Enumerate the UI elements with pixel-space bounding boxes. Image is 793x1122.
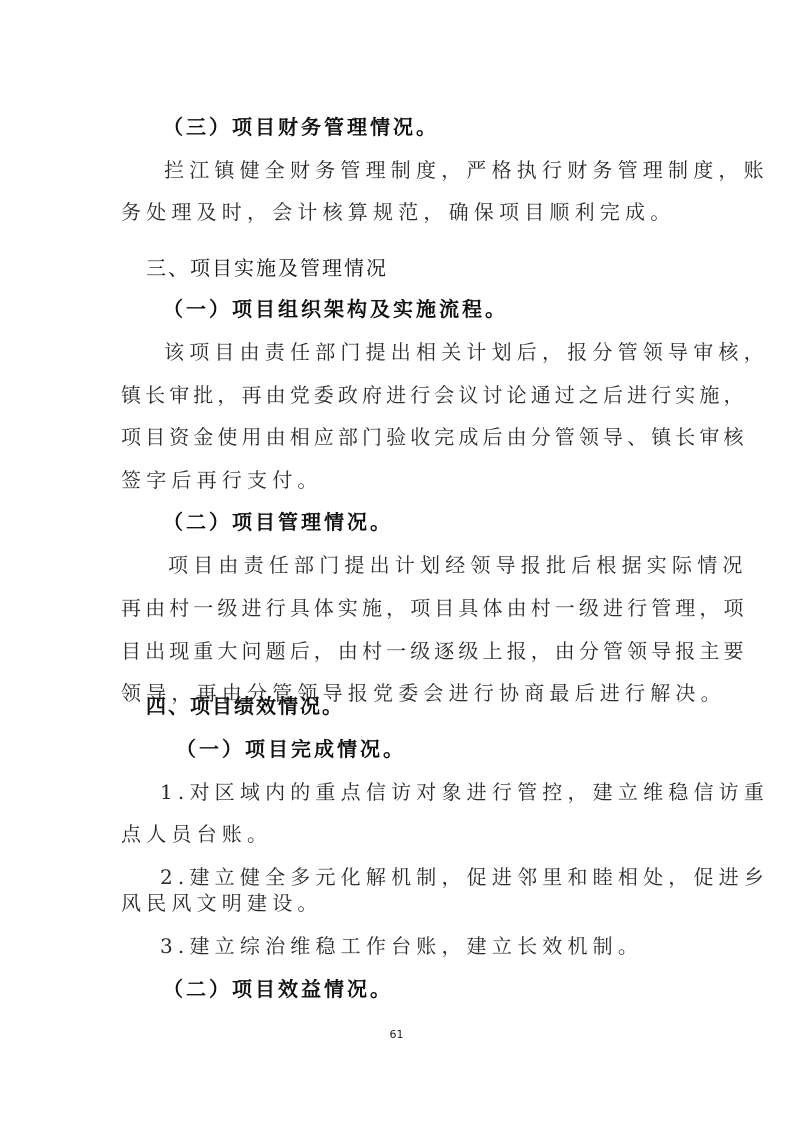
paragraph-line: 项目资金使用由相应部门验收完成后由分管领导、镇长审核 — [121, 425, 748, 449]
list-item-line: 2.建立健全多元化解机制，促进邻里和睦相处，促进乡 — [160, 865, 769, 889]
list-item-line: 点人员台账。 — [121, 822, 272, 846]
list-item-line: 风民风文明建设。 — [121, 891, 323, 915]
paragraph-line: 目出现重大问题后，由村一级逐级上报，由分管领导报主要 — [121, 639, 748, 663]
list-item-line: 3.建立综治维稳工作台账，建立长效机制。 — [160, 934, 643, 958]
paragraph-line: 务处理及时，会计核算规范，确保项目顺利完成。 — [121, 200, 675, 224]
page-number: 61 — [0, 1028, 793, 1041]
section-heading-management: （二）项目管理情况。 — [163, 510, 393, 534]
section-title-implementation: 三、项目实施及管理情况 — [146, 256, 388, 280]
section-heading-organization: （一）项目组织架构及实施流程。 — [163, 297, 508, 321]
section-heading-completion: （一）项目完成情况。 — [176, 737, 406, 761]
section-title-performance: 四、项目绩效情况。 — [146, 694, 344, 718]
paragraph-line: 镇长审批，再由党委政府进行会议讨论通过之后进行实施， — [121, 383, 748, 407]
paragraph-line: 项目由责任部门提出计划经领导报批后根据实际情况 — [168, 553, 748, 577]
section-heading-benefits: （二）项目效益情况。 — [163, 977, 393, 1001]
section-heading-finance: （三）项目财务管理情况。 — [163, 115, 439, 139]
paragraph-line: 拦江镇健全财务管理制度，严格执行财务管理制度，账 — [164, 158, 769, 182]
paragraph-line: 再由村一级进行具体实施，项目具体由村一级进行管理，项 — [121, 596, 748, 620]
list-item-line: 1.对区域内的重点信访对象进行管控，建立维稳信访重 — [160, 780, 769, 804]
paragraph-line: 签字后再行支付。 — [121, 468, 323, 492]
paragraph-line: 该项目由责任部门提出相关计划后，报分管领导审核， — [164, 340, 769, 364]
